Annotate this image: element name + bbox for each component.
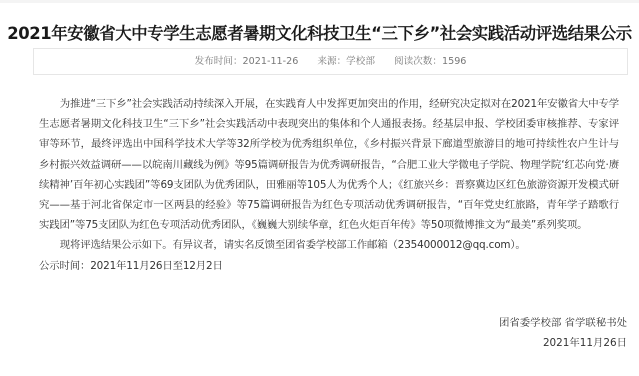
body-paragraph-announcement: 为推进“三下乡”社会实践活动持续深入开展，在实践育人中发挥更加突出的作用，经研究… — [39, 94, 619, 235]
top-divider — [0, 0, 639, 3]
article-body: 为推进“三下乡”社会实践活动持续深入开展，在实践育人中发挥更加突出的作用，经研究… — [39, 94, 619, 276]
publish-time: 发布时间：2021-11-26 — [195, 49, 299, 74]
signature-date: 2021年11月26日 — [543, 333, 627, 353]
view-count: 阅读次数：1596 — [394, 49, 466, 74]
signature-organization: 团省委学校部 省学联秘书处 — [499, 313, 627, 333]
page-title: 2021年安徽省大中专学生志愿者暑期文化科技卫生“三下乡”社会实践活动评选结果公… — [0, 22, 639, 46]
notice-period: 公示时间：2021年11月26日至12月2日 — [39, 256, 619, 276]
article-meta-bar: 发布时间：2021-11-26 来源：学校部 阅读次数：1596 — [33, 48, 628, 75]
article-source: 来源：学校部 — [317, 49, 375, 74]
body-paragraph-feedback: 现将评选结果公示如下。有异议者，请实名反馈至团省委学校部工作邮箱（2354000… — [39, 235, 619, 255]
